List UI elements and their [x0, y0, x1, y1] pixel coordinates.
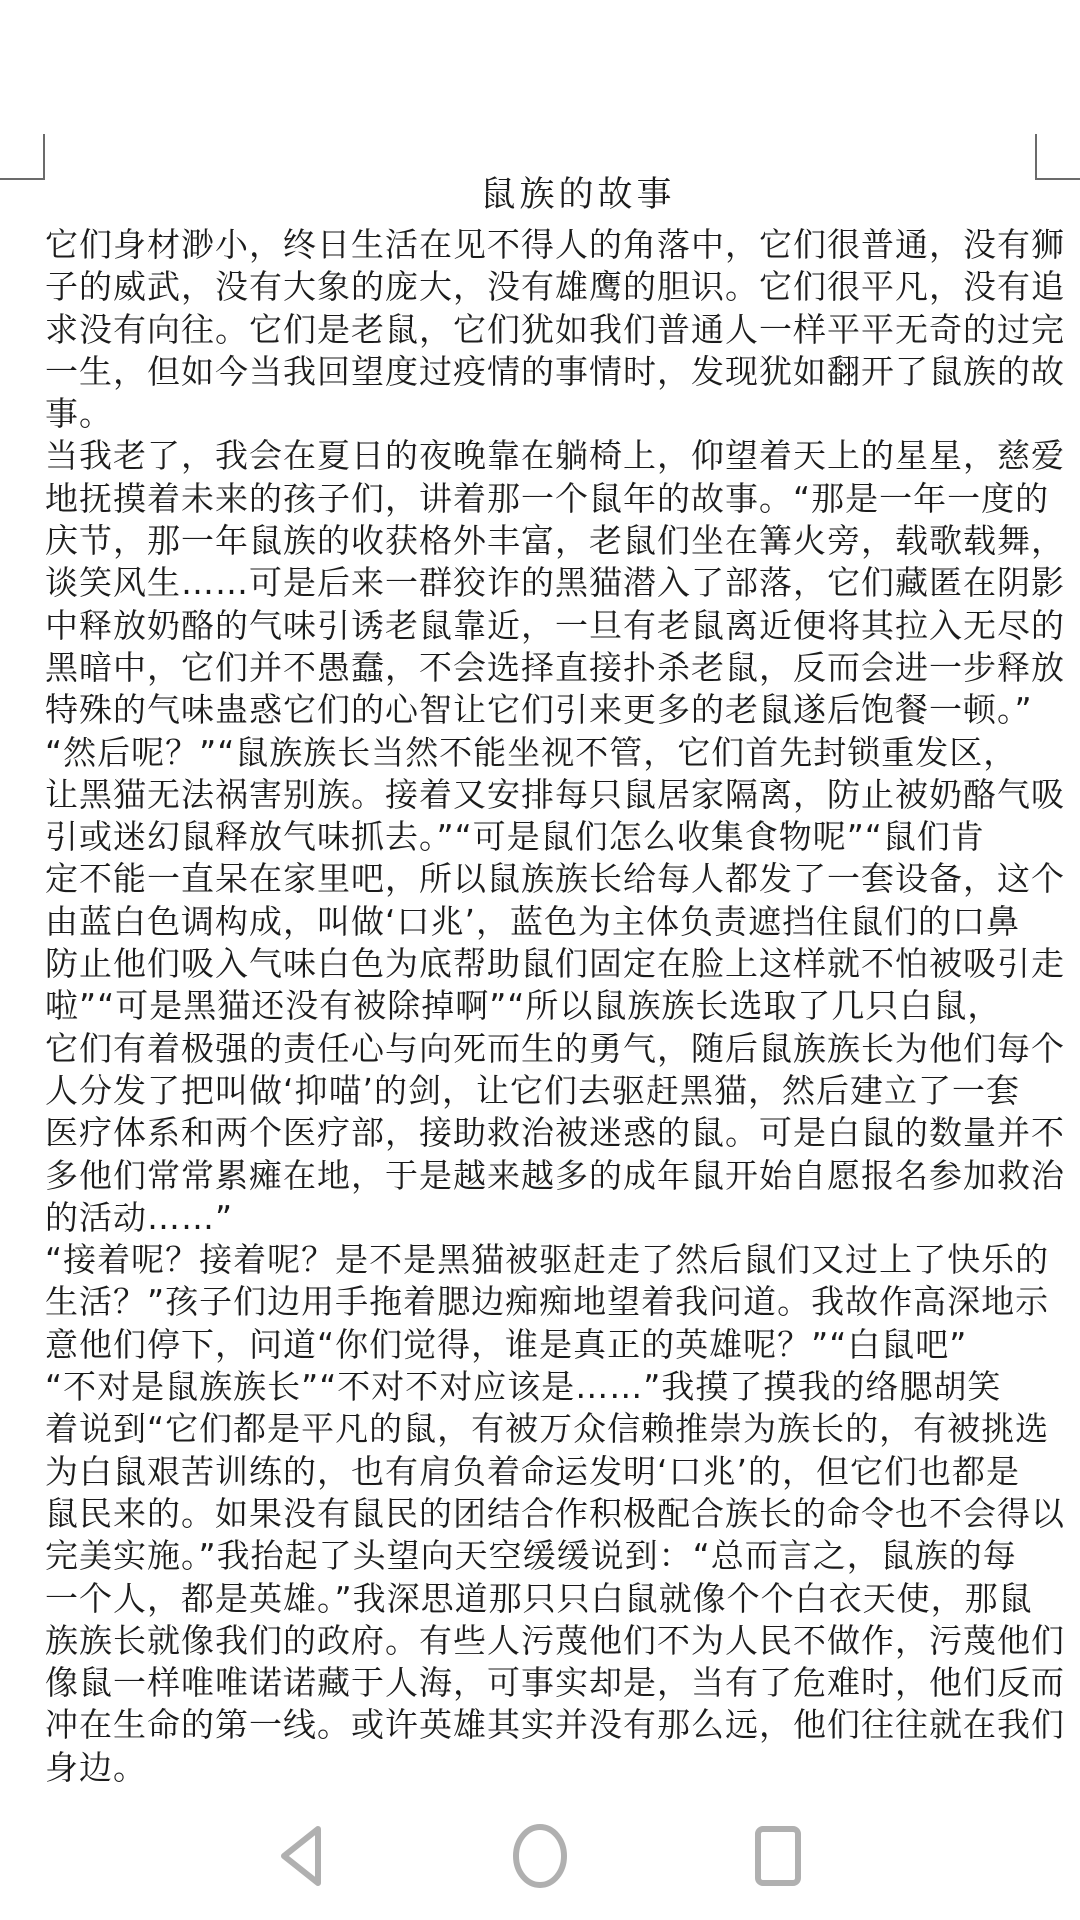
text-line: 医疗体系和两个医疗部，接助救治被迷惑的鼠。可是白鼠的数量并不 — [45, 1112, 1035, 1154]
recents-icon[interactable] — [733, 1811, 823, 1901]
text-line: 多他们常常累瘫在地，于是越来越多的成年鼠开始自愿报名参加救治 — [45, 1155, 1035, 1197]
text-line: 让黑猫无法祸害别族。接着又安排每只鼠居家隔离，防止被奶酪气吸 — [45, 774, 1035, 816]
text-line: “然后呢？”“鼠族族长当然不能坐视不管，它们首先封锁重发区， — [45, 732, 1035, 774]
phone-screen: 鼠族的故事 它们身材渺小，终日生活在见不得人的角落中，它们很普通，没有狮子的威武… — [0, 0, 1080, 1920]
text-line: 意他们停下，问道“你们觉得，谁是真正的英雄呢？”“白鼠吧” — [45, 1324, 1035, 1366]
text-line: “接着呢？接着呢？是不是黑猫被驱赶走了然后鼠们又过上了快乐的 — [45, 1239, 1035, 1281]
text-line: 身边。 — [45, 1747, 1035, 1789]
text-line: 它们有着极强的责任心与向死而生的勇气，随后鼠族族长为他们每个 — [45, 1028, 1035, 1070]
text-line: 一个人，都是英雄。”我深思道那只只白鼠就像个个白衣天使，那鼠 — [45, 1578, 1035, 1620]
text-line: 中释放奶酪的气味引诱老鼠靠近，一旦有老鼠离近便将其拉入无尽的 — [45, 605, 1035, 647]
page-corner-right-icon — [1034, 134, 1080, 180]
back-icon[interactable] — [257, 1811, 347, 1901]
text-line: 着说到“它们都是平凡的鼠，有被万众信赖推崇为族长的，有被挑选 — [45, 1408, 1035, 1450]
paragraph: 它们身材渺小，终日生活在见不得人的角落中，它们很普通，没有狮子的威武，没有大象的… — [45, 224, 1035, 435]
text-line: 鼠民来的。如果没有鼠民的团结合作积极配合族长的命令也不会得以 — [45, 1493, 1035, 1535]
text-line: 一生，但如今当我回望度过疫情的事情时，发现犹如翻开了鼠族的故 — [45, 351, 1035, 393]
text-line: 像鼠一样唯唯诺诺藏于人海，可事实却是，当有了危难时，他们反而 — [45, 1662, 1035, 1704]
text-line: 为白鼠艰苦训练的，也有肩负着命运发明‘口兆’的，但它们也都是 — [45, 1451, 1035, 1493]
text-line: 由蓝白色调构成，叫做‘口兆’，蓝色为主体负责遮挡住鼠们的口鼻 — [45, 901, 1035, 943]
android-nav-bar — [0, 1792, 1080, 1920]
text-line: 谈笑风生……可是后来一群狡诈的黑猫潜入了部落，它们藏匿在阴影 — [45, 562, 1035, 604]
text-line: 防止他们吸入气味白色为底帮助鼠们固定在脸上这样就不怕被吸引走 — [45, 943, 1035, 985]
text-line: 冲在生命的第一线。或许英雄其实并没有那么远，他们往往就在我们 — [45, 1704, 1035, 1746]
text-line: 当我老了，我会在夏日的夜晚靠在躺椅上，仰望着天上的星星，慈爱 — [45, 435, 1035, 477]
text-line: 完美实施。”我抬起了头望向天空缓缓说到：“总而言之，鼠族的每 — [45, 1535, 1035, 1577]
page-corner-left-icon — [0, 134, 46, 180]
text-line: 人分发了把叫做‘抑喵’的剑，让它们去驱赶黑猫，然后建立了一套 — [45, 1070, 1035, 1112]
text-line: 事。 — [45, 393, 1035, 435]
text-line: 求没有向往。它们是老鼠，它们犹如我们普通人一样平平无奇的过完 — [45, 309, 1035, 351]
text-line: 子的威武，没有大象的庞大，没有雄鹰的胆识。它们很平凡，没有追 — [45, 266, 1035, 308]
text-line: 族族长就像我们的政府。有些人污蔑他们不为人民不做作，污蔑他们 — [45, 1620, 1035, 1662]
paragraph: “接着呢？接着呢？是不是黑猫被驱赶走了然后鼠们又过上了快乐的生活？”孩子们边用手… — [45, 1239, 1035, 1789]
home-icon[interactable] — [495, 1811, 585, 1901]
text-line: 引或迷幻鼠释放气味抓去。”“可是鼠们怎么收集食物呢”“鼠们肯 — [45, 816, 1035, 858]
text-line: 黑暗中，它们并不愚蠢，不会选择直接扑杀老鼠，反而会进一步释放 — [45, 647, 1035, 689]
text-line: 生活？”孩子们边用手拖着腮边痴痴地望着我问道。我故作高深地示 — [45, 1281, 1035, 1323]
text-line: 的活动……” — [45, 1197, 1035, 1239]
document-title: 鼠族的故事 — [480, 174, 675, 216]
text-line: 它们身材渺小，终日生活在见不得人的角落中，它们很普通，没有狮 — [45, 224, 1035, 266]
text-line: 啦”“可是黑猫还没有被除掉啊”“所以鼠族族长选取了几只白鼠， — [45, 985, 1035, 1027]
text-line: 地抚摸着未来的孩子们，讲着那一个鼠年的故事。“那是一年一度的 — [45, 478, 1035, 520]
paragraph: 当我老了，我会在夏日的夜晚靠在躺椅上，仰望着天上的星星，慈爱地抚摸着未来的孩子们… — [45, 435, 1035, 1239]
text-line: 庆节，那一年鼠族的收获格外丰富，老鼠们坐在篝火旁，载歌载舞， — [45, 520, 1035, 562]
text-line: 特殊的气味蛊惑它们的心智让它们引来更多的老鼠遂后饱餐一顿。” — [45, 689, 1035, 731]
text-line: 定不能一直呆在家里吧，所以鼠族族长给每人都发了一套设备，这个 — [45, 858, 1035, 900]
document-body: 它们身材渺小，终日生活在见不得人的角落中，它们很普通，没有狮子的威武，没有大象的… — [45, 224, 1035, 1789]
text-line: “不对是鼠族族长”“不对不对应该是……”我摸了摸我的络腮胡笑 — [45, 1366, 1035, 1408]
